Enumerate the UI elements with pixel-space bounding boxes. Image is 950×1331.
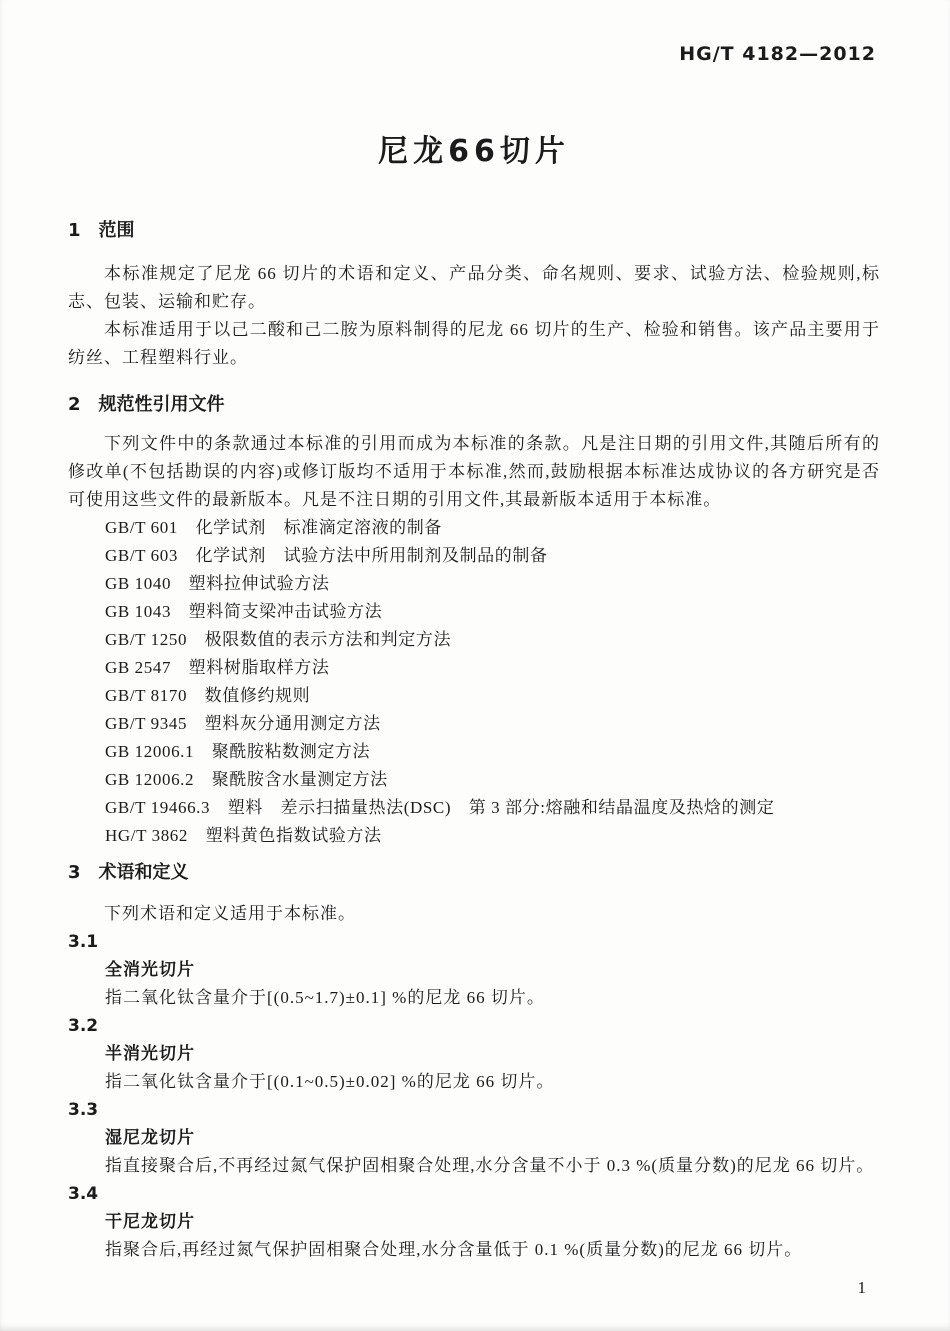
scope-paragraph-1: 本标准规定了尼龙 66 切片的术语和定义、产品分类、命名规则、要求、试验方法、检… [68, 260, 880, 316]
term-definition: 指二氧化钛含量介于[(0.5~1.7)±0.1] %的尼龙 66 切片。 [68, 984, 880, 1012]
reference-item: GB 1040 塑料拉伸试验方法 [105, 570, 880, 598]
reference-item: GB 1043 塑料简支梁冲击试验方法 [105, 598, 880, 626]
scope-paragraph-2: 本标准适用于以己二酸和己二胺为原料制得的尼龙 66 切片的生产、检验和销售。该产… [68, 316, 880, 372]
term-definition: 指直接聚合后,不再经过氮气保护固相聚合处理,水分含量不小于 0.3 %(质量分数… [68, 1152, 880, 1180]
page-title: 尼龙66切片 [68, 132, 880, 172]
references-intro: 下列文件中的条款通过本标准的引用而成为本标准的条款。凡是注日期的引用文件,其随后… [68, 430, 880, 514]
reference-item: HG/T 3862 塑料黄色指数试验方法 [105, 822, 880, 850]
term-name: 干尼龙切片 [105, 1208, 880, 1236]
term-number: 3.1 [68, 928, 880, 956]
section-2-heading: 2 规范性引用文件 [68, 394, 880, 416]
term-3-4: 3.4 干尼龙切片 指聚合后,再经过氮气保护固相聚合处理,水分含量低于 0.1 … [68, 1180, 880, 1264]
reference-item: GB/T 1250 极限数值的表示方法和判定方法 [105, 626, 880, 654]
section-1-heading: 1 范围 [68, 220, 880, 242]
reference-item: GB 12006.2 聚酰胺含水量测定方法 [105, 766, 880, 794]
term-number: 3.4 [68, 1180, 880, 1208]
term-name: 全消光切片 [105, 956, 880, 984]
reference-item: GB/T 9345 塑料灰分通用测定方法 [105, 710, 880, 738]
reference-item: GB/T 19466.3 塑料 差示扫描量热法(DSC) 第 3 部分:熔融和结… [105, 794, 880, 822]
term-3-1: 3.1 全消光切片 指二氧化钛含量介于[(0.5~1.7)±0.1] %的尼龙 … [68, 928, 880, 1012]
document-page: HG/T 4182—2012 尼龙66切片 1 范围 本标准规定了尼龙 66 切… [0, 0, 950, 1331]
term-number: 3.3 [68, 1096, 880, 1124]
term-name: 湿尼龙切片 [105, 1124, 880, 1152]
references-list: GB/T 601 化学试剂 标准滴定溶液的制备 GB/T 603 化学试剂 试验… [68, 514, 880, 850]
term-3-3: 3.3 湿尼龙切片 指直接聚合后,不再经过氮气保护固相聚合处理,水分含量不小于 … [68, 1096, 880, 1180]
term-definition: 指二氧化钛含量介于[(0.1~0.5)±0.02] %的尼龙 66 切片。 [68, 1068, 880, 1096]
reference-item: GB/T 603 化学试剂 试验方法中所用制剂及制品的制备 [105, 542, 880, 570]
reference-item: GB/T 601 化学试剂 标准滴定溶液的制备 [105, 514, 880, 542]
reference-item: GB/T 8170 数值修约规则 [105, 682, 880, 710]
section-3-heading: 3 术语和定义 [68, 862, 880, 884]
standard-number: HG/T 4182—2012 [68, 42, 880, 66]
reference-item: GB 12006.1 聚酰胺粘数测定方法 [105, 738, 880, 766]
reference-item: GB 2547 塑料树脂取样方法 [105, 654, 880, 682]
term-3-2: 3.2 半消光切片 指二氧化钛含量介于[(0.1~0.5)±0.02] %的尼龙… [68, 1012, 880, 1096]
term-name: 半消光切片 [105, 1040, 880, 1068]
terms-intro: 下列术语和定义适用于本标准。 [68, 900, 880, 928]
term-definition: 指聚合后,再经过氮气保护固相聚合处理,水分含量低于 0.1 %(质量分数)的尼龙… [68, 1236, 880, 1264]
page-number: 1 [858, 1276, 867, 1300]
term-number: 3.2 [68, 1012, 880, 1040]
